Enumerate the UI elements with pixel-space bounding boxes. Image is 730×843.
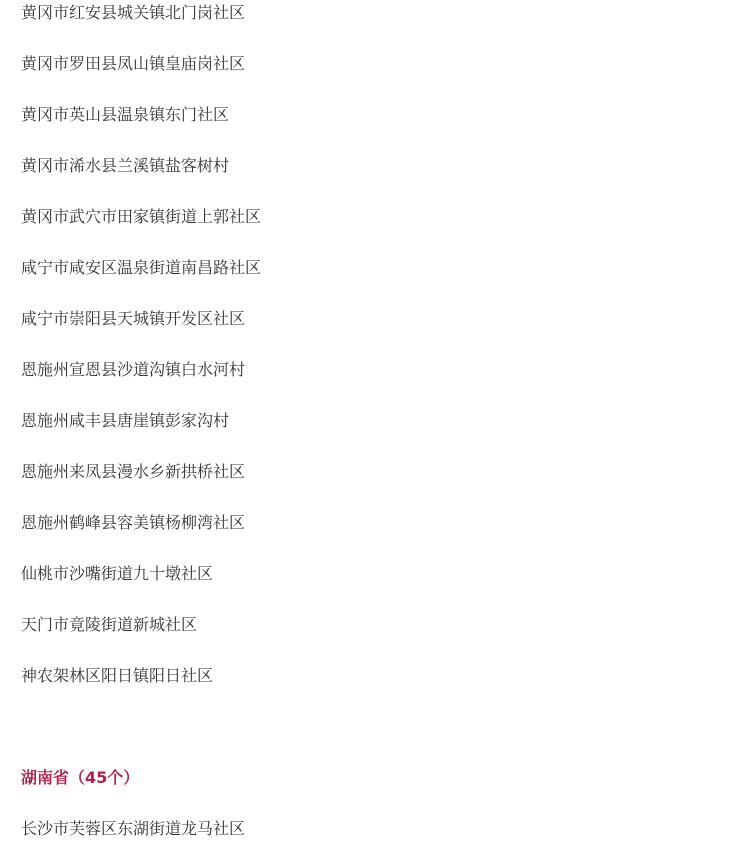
list-item: 神农架林区阳日镇阳日社区 (21, 664, 213, 688)
list-item: 黄冈市罗田县凤山镇皇庙岗社区 (21, 52, 245, 76)
list-item: 恩施州来凤县漫水乡新拱桥社区 (21, 460, 245, 484)
list-item: 黄冈市英山县温泉镇东门社区 (21, 103, 229, 127)
list-item: 仙桃市沙嘴街道九十墩社区 (21, 562, 213, 586)
list-item: 长沙市芙蓉区东湖街道龙马社区 (21, 817, 245, 841)
list-item: 咸宁市咸安区温泉街道南昌路社区 (21, 256, 261, 280)
list-item: 黄冈市红安县城关镇北门岗社区 (21, 1, 245, 25)
list-item: 恩施州鹤峰县容美镇杨柳湾社区 (21, 511, 245, 535)
list-item: 天门市竟陵街道新城社区 (21, 613, 197, 637)
list-item: 黄冈市浠水县兰溪镇盐客树村 (21, 154, 229, 178)
list-item: 恩施州宣恩县沙道沟镇白水河村 (21, 358, 245, 382)
section-heading: 湖南省（45个） (21, 766, 139, 790)
list-item: 黄冈市武穴市田家镇街道上郭社区 (21, 205, 261, 229)
list-item: 恩施州咸丰县唐崖镇彭家沟村 (21, 409, 229, 433)
list-item: 咸宁市崇阳县天城镇开发区社区 (21, 307, 245, 331)
